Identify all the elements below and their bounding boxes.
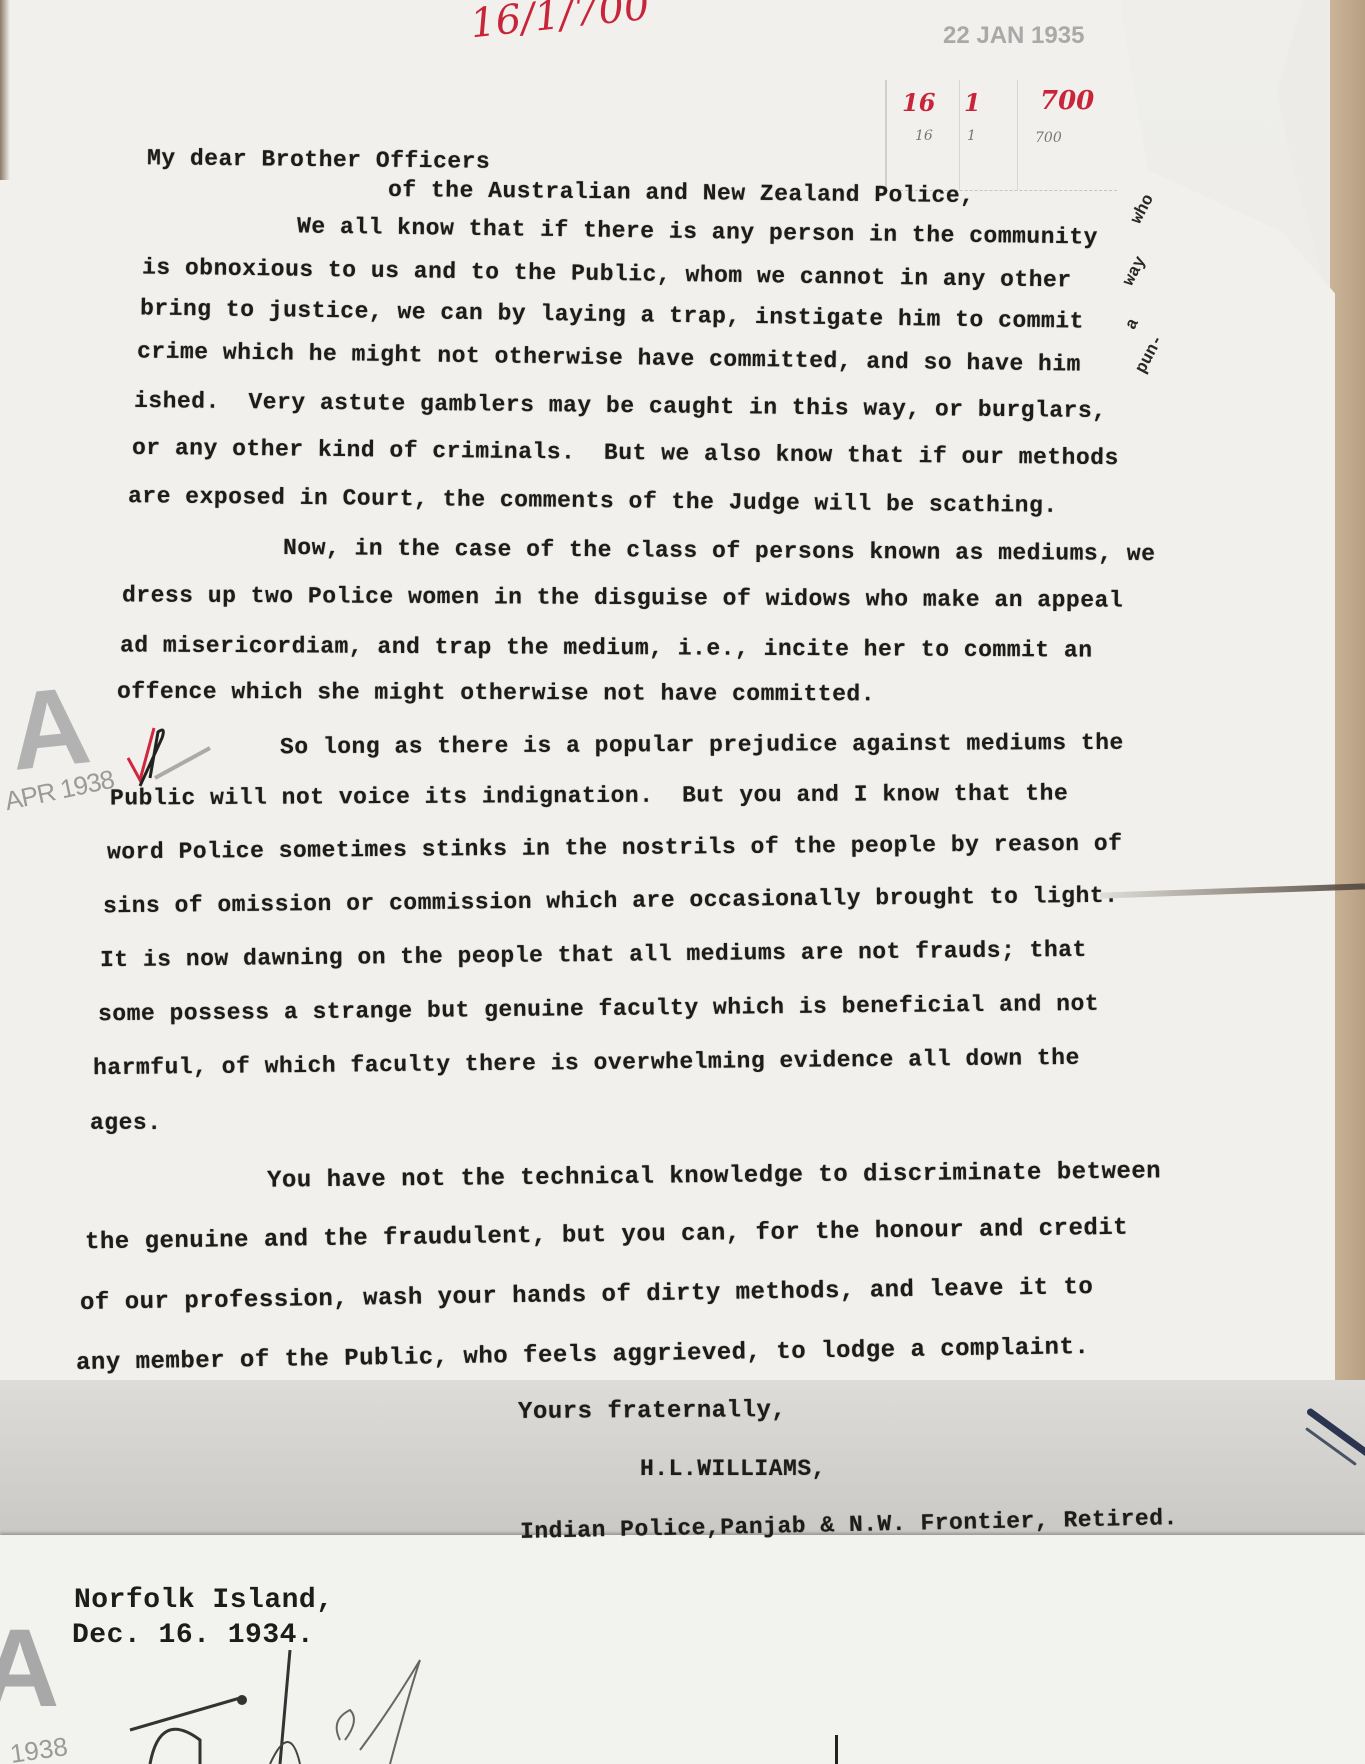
pencil-number-1: 16: [915, 128, 933, 144]
paragraph-3-line-2: Public will not voice its indignation. B…: [110, 780, 1068, 811]
lower-receipt-stamp-letter: A: [0, 1605, 59, 1732]
pen-stroke: [835, 1735, 838, 1764]
place-line: Norfolk Island,: [74, 1585, 334, 1616]
salutation-line-1: My dear Brother Officers: [147, 145, 491, 175]
pencil-number-3: 700: [1035, 130, 1062, 146]
closing-line: Yours fraternally,: [518, 1397, 786, 1426]
register-number-2: 1: [964, 88, 981, 117]
signature-name: H.L.WILLIAMS,: [640, 1456, 826, 1482]
check-mark-icon: [110, 720, 220, 790]
paragraph-2-line-3: ad misericordiam, and trap the medium, i…: [120, 632, 1093, 663]
paragraph-3-line-1: So long as there is a popular prejudice …: [280, 730, 1124, 760]
register-number-3: 700: [1040, 86, 1094, 116]
paragraph-2-line-4: offence which she might otherwise not ha…: [117, 679, 875, 708]
date-received-stamp: 22 JAN 1935: [943, 22, 1084, 50]
pencil-number-2: 1: [967, 128, 976, 144]
paragraph-3-line-8: ages.: [90, 1110, 162, 1136]
date-line: Dec. 16. 1934.: [72, 1620, 314, 1651]
paragraph-2-line-2: dress up two Police women in the disguis…: [122, 582, 1123, 613]
handwritten-initials-icon: [90, 1650, 450, 1764]
register-number-1: 16: [902, 88, 935, 117]
page-edge-shadow: [0, 0, 10, 180]
